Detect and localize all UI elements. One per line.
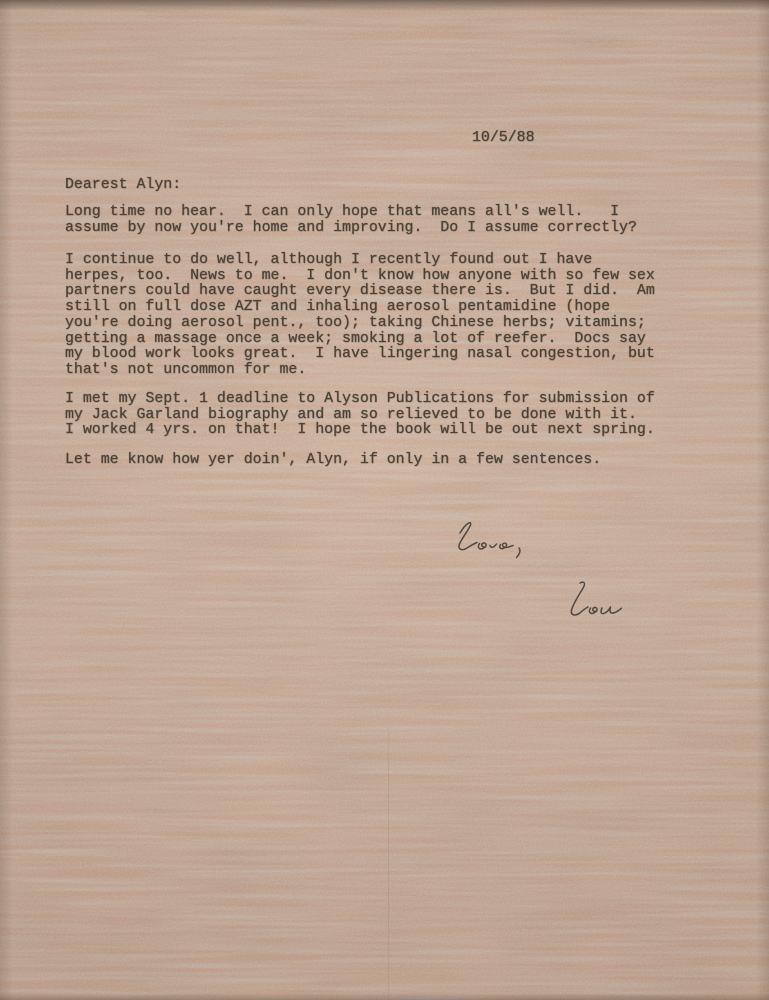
paper-texture	[0, 0, 769, 1000]
scanned-letter-page: 10/5/88 Dearest Alyn: Long time no hear.…	[0, 0, 769, 1000]
signature-closing-handwriting	[453, 518, 549, 560]
letter-paragraph-4: Let me know how yer doin', Alyn, if only…	[65, 453, 601, 469]
letter-salutation: Dearest Alyn:	[65, 178, 181, 194]
signature-name-handwriting	[560, 580, 634, 622]
letter-paragraph-1: Long time no hear. I can only hope that …	[65, 205, 637, 236]
letter-date: 10/5/88	[472, 131, 535, 147]
letter-paragraph-2: I continue to do well, although I recent…	[65, 253, 655, 379]
letter-paragraph-3: I met my Sept. 1 deadline to Alyson Publ…	[65, 392, 655, 439]
